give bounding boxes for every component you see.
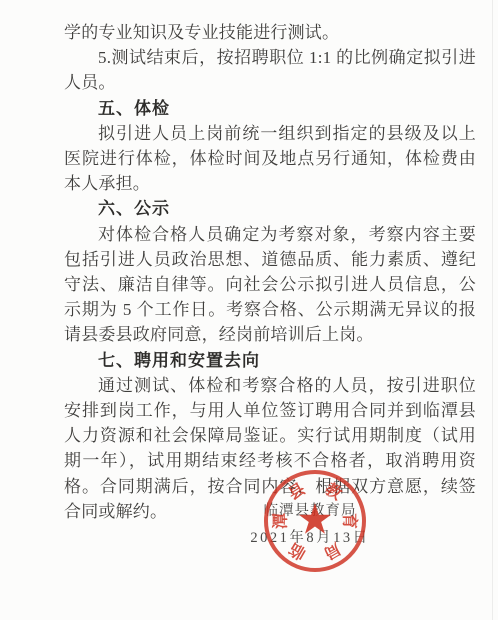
official-seal: ★ 临 潭 县 教 育 局	[264, 470, 366, 572]
document-body: 学的专业知识及专业技能进行测试。 5.测试结束后，按招聘职位 1:1 的比例确定…	[64, 20, 476, 524]
seal-ring-char: 潭	[268, 513, 291, 529]
paragraph: 拟引进人员上岗前统一组织到指定的县级及以上医院进行体检，体检时间及地点另行通知，…	[64, 121, 476, 197]
paragraph: 5.测试结束后，按招聘职位 1:1 的比例确定拟引进人员。	[64, 45, 476, 95]
section-heading-7: 七、聘用和安置去向	[64, 348, 476, 373]
paragraph: 对体检合格人员确定为考察对象，考察内容主要包括引进人员政治思想、道德品质、能力素…	[64, 222, 476, 348]
scanned-document-page: 学的专业知识及专业技能进行测试。 5.测试结束后，按招聘职位 1:1 的比例确定…	[0, 0, 498, 620]
paragraph-continuation: 学的专业知识及专业技能进行测试。	[64, 20, 476, 45]
seal-ring-char: 育	[340, 513, 363, 529]
star-icon: ★	[296, 498, 334, 540]
section-heading-6: 六、公示	[64, 196, 476, 221]
section-heading-5: 五、体检	[64, 96, 476, 121]
scan-edge-line	[492, 0, 493, 620]
